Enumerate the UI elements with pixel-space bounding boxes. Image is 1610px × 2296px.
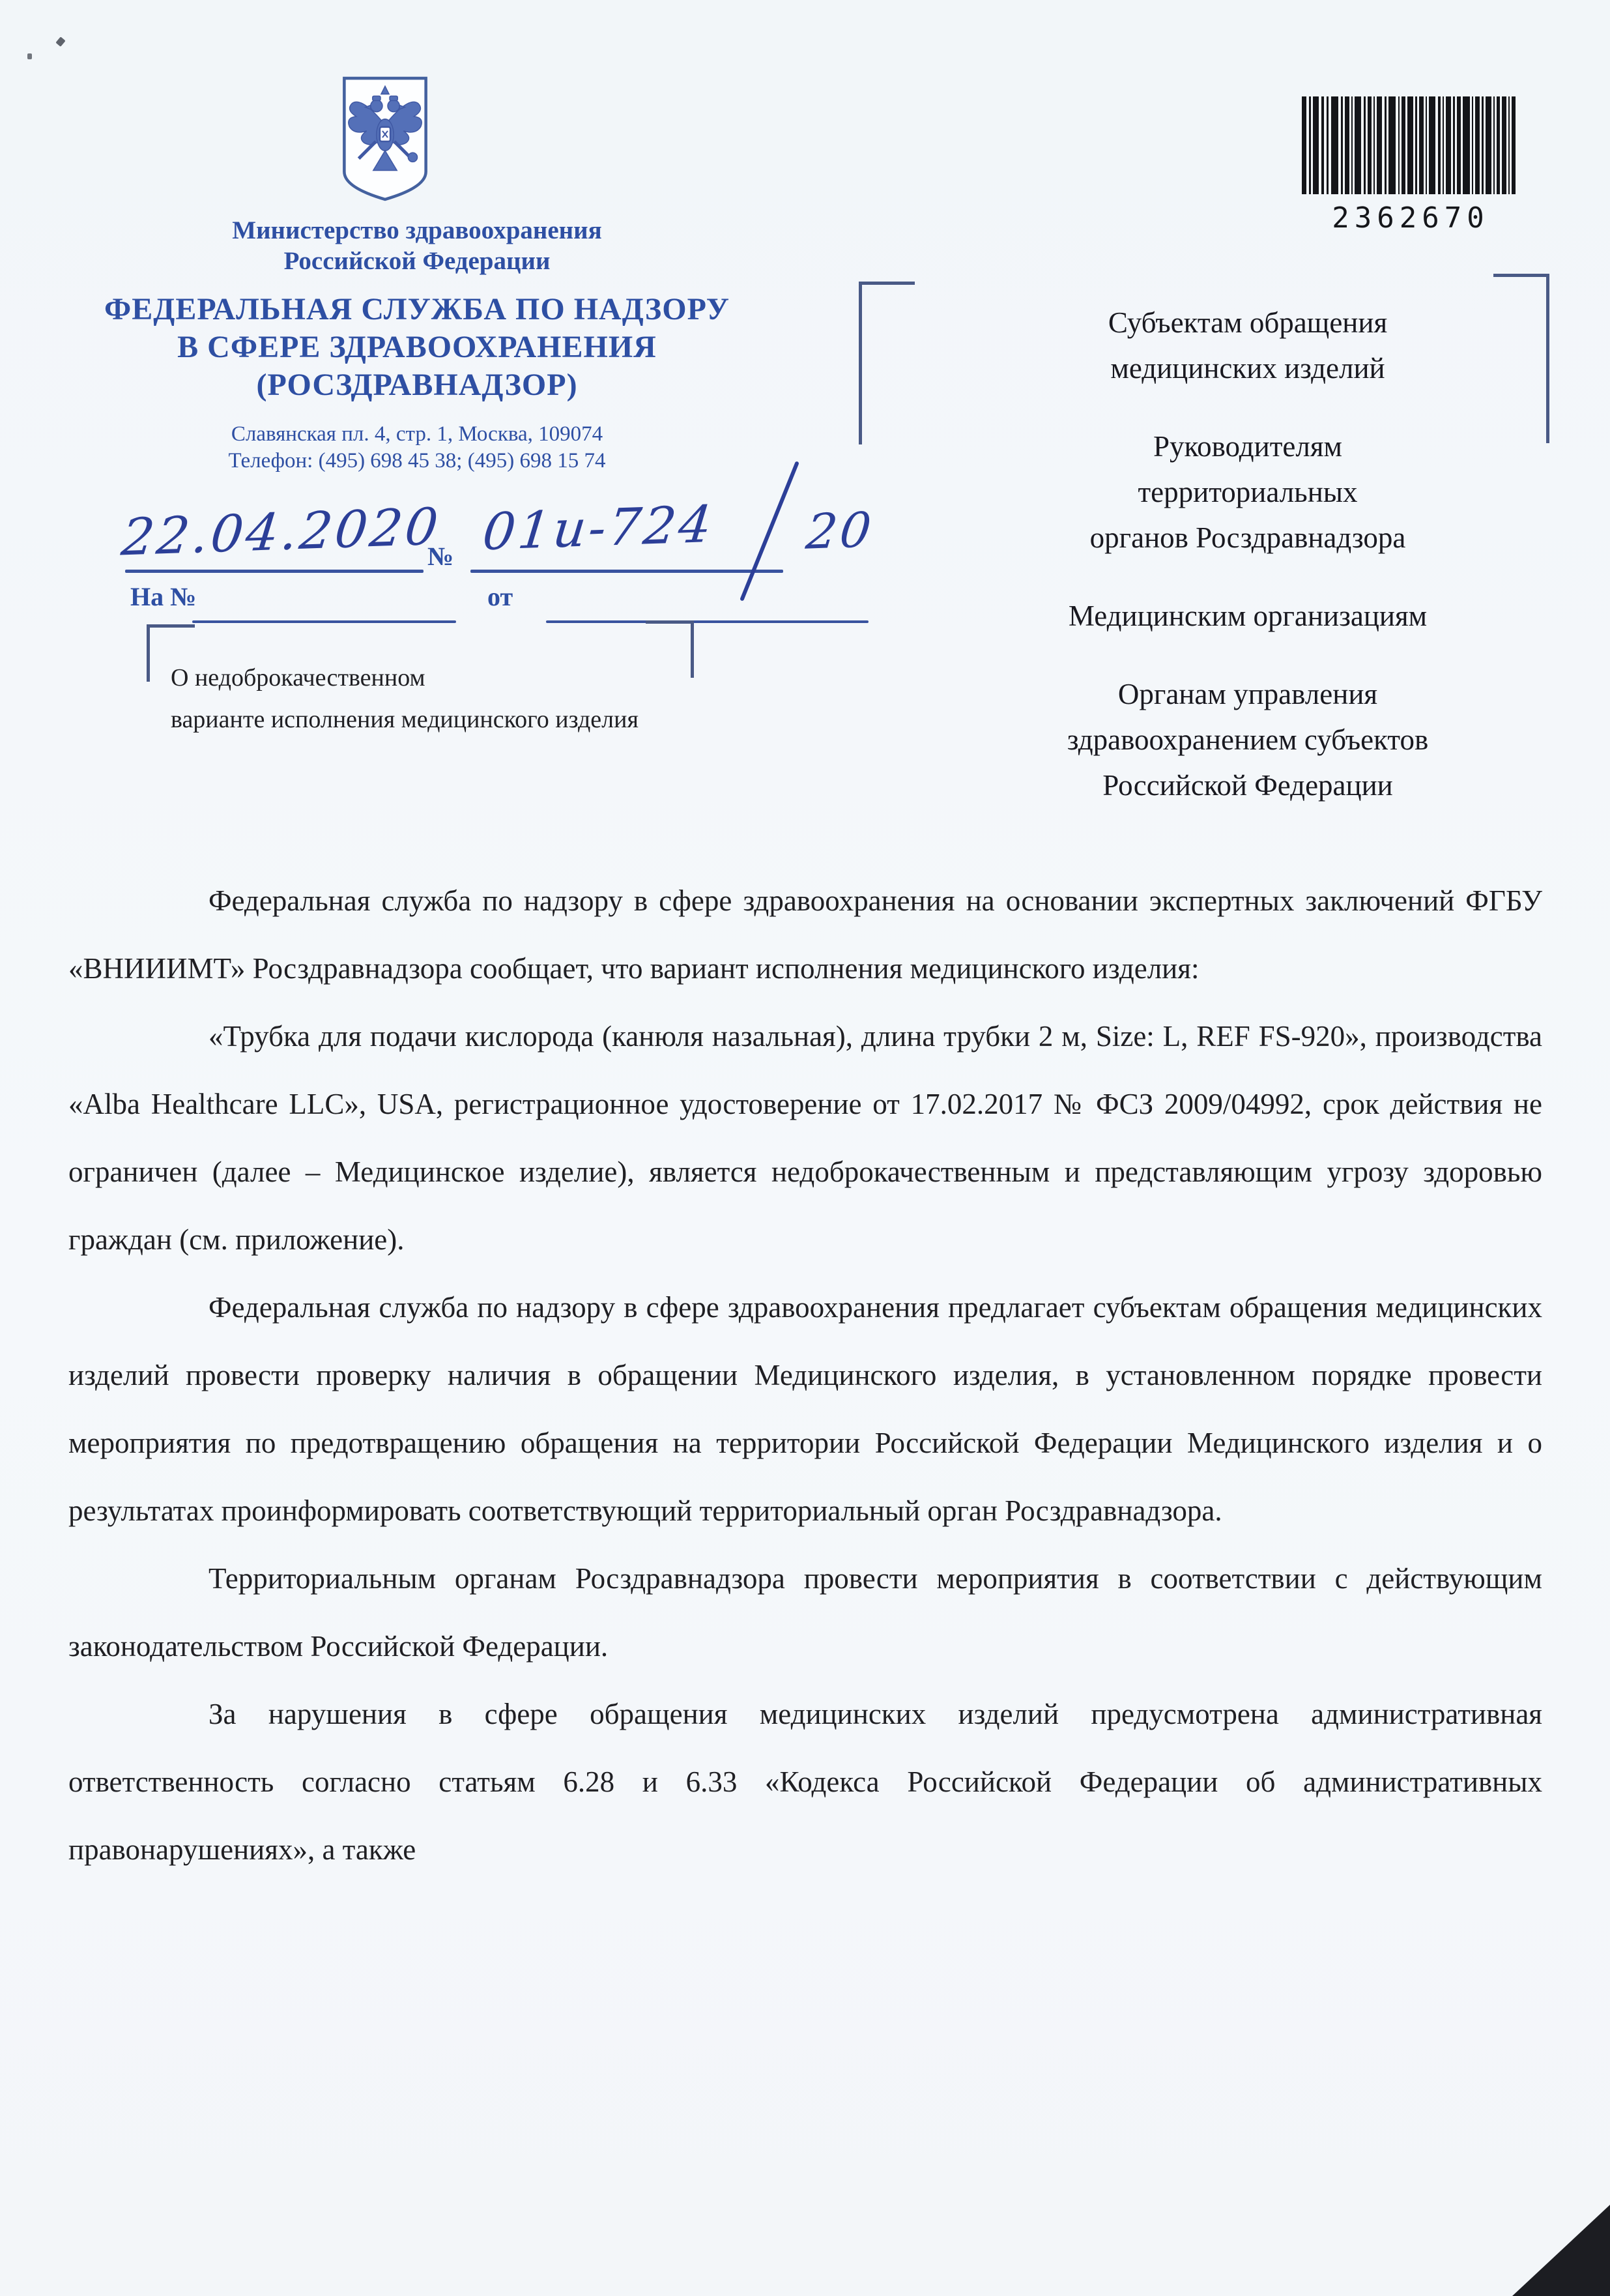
service-name-line3: (РОСЗДРАВНАДЗОР): [98, 366, 736, 404]
body-paragraph: За нарушения в сфере обращения медицинск…: [68, 1680, 1542, 1883]
handwritten-date: 22.04.2020: [119, 498, 443, 568]
body-paragraph: Территориальным органам Росздравнадзора …: [68, 1545, 1542, 1680]
letter-body: Федеральная служба по надзору в сфере зд…: [68, 867, 1542, 1883]
addressee-line: Органам управления: [938, 671, 1557, 717]
addressee-line: органов Росздравнадзора: [938, 515, 1557, 560]
addressee-corner-mark-left: [859, 282, 917, 448]
letterhead: Министерство здравоохранения Российской …: [98, 215, 736, 474]
addressee-line: Российской Федерации: [938, 763, 1557, 808]
ministry-line2: Российской Федерации: [98, 246, 736, 276]
phone-numbers: Телефон: (495) 698 45 38; (495) 698 15 7…: [98, 448, 736, 474]
reply-date-blank: [546, 620, 869, 623]
handwritten-number-suffix: 20: [803, 502, 876, 560]
addressee-block: Субъектам обращения медицинских изделий …: [938, 300, 1557, 841]
barcode-number: 2362670: [1300, 201, 1521, 235]
barcode: 2362670: [1300, 96, 1521, 235]
body-paragraph: «Трубка для подачи кислорода (канюля наз…: [68, 1002, 1542, 1273]
reply-number-blank: [192, 620, 456, 623]
reply-from-label: от: [487, 581, 513, 612]
service-name-line2: В СФЕРЕ ЗДРАВООХРАНЕНИЯ: [98, 328, 736, 366]
addressee-group: Органам управления здравоохранением субъ…: [938, 671, 1557, 808]
addressee-line: здравоохранением субъектов: [938, 717, 1557, 763]
document-page: Министерство здравоохранения Российской …: [0, 0, 1610, 2296]
scan-corner-artifact: [1512, 2205, 1610, 2296]
scan-speck: [55, 36, 65, 47]
subject-line2: варианте исполнения медицинского изделия: [171, 699, 738, 740]
reply-to-number-label: На №: [130, 581, 196, 612]
subject-block: О недоброкачественном варианте исполнени…: [171, 657, 738, 740]
number-underline: [470, 570, 783, 573]
subject-line1: О недоброкачественном: [171, 657, 738, 699]
handwritten-slash: [740, 461, 799, 601]
scan-speck: [27, 53, 32, 59]
postal-address: Славянская пл. 4, стр. 1, Москва, 109074: [98, 421, 736, 448]
barcode-bars: [1302, 96, 1520, 194]
addressee-group: Медицинским организациям: [938, 593, 1557, 639]
addressee-line: территориальных: [938, 469, 1557, 515]
coat-of-arms-icon: [339, 74, 431, 203]
date-underline: [125, 570, 424, 573]
body-paragraph: Федеральная служба по надзору в сфере зд…: [68, 867, 1542, 1002]
addressee-line: Медицинским организациям: [938, 593, 1557, 639]
number-sign: №: [427, 541, 453, 572]
addressee-group: Субъектам обращения медицинских изделий: [938, 300, 1557, 391]
addressee-line: Руководителям: [938, 424, 1557, 469]
addressee-line: медицинских изделий: [938, 345, 1557, 391]
addressee-group: Руководителям территориальных органов Ро…: [938, 424, 1557, 560]
body-paragraph: Федеральная служба по надзору в сфере зд…: [68, 1273, 1542, 1545]
addressee-line: Субъектам обращения: [938, 300, 1557, 345]
handwritten-number: 01и-724: [480, 495, 717, 562]
ministry-line1: Министерство здравоохранения: [98, 215, 736, 246]
service-name-line1: ФЕДЕРАЛЬНАЯ СЛУЖБА ПО НАДЗОРУ: [98, 291, 736, 328]
